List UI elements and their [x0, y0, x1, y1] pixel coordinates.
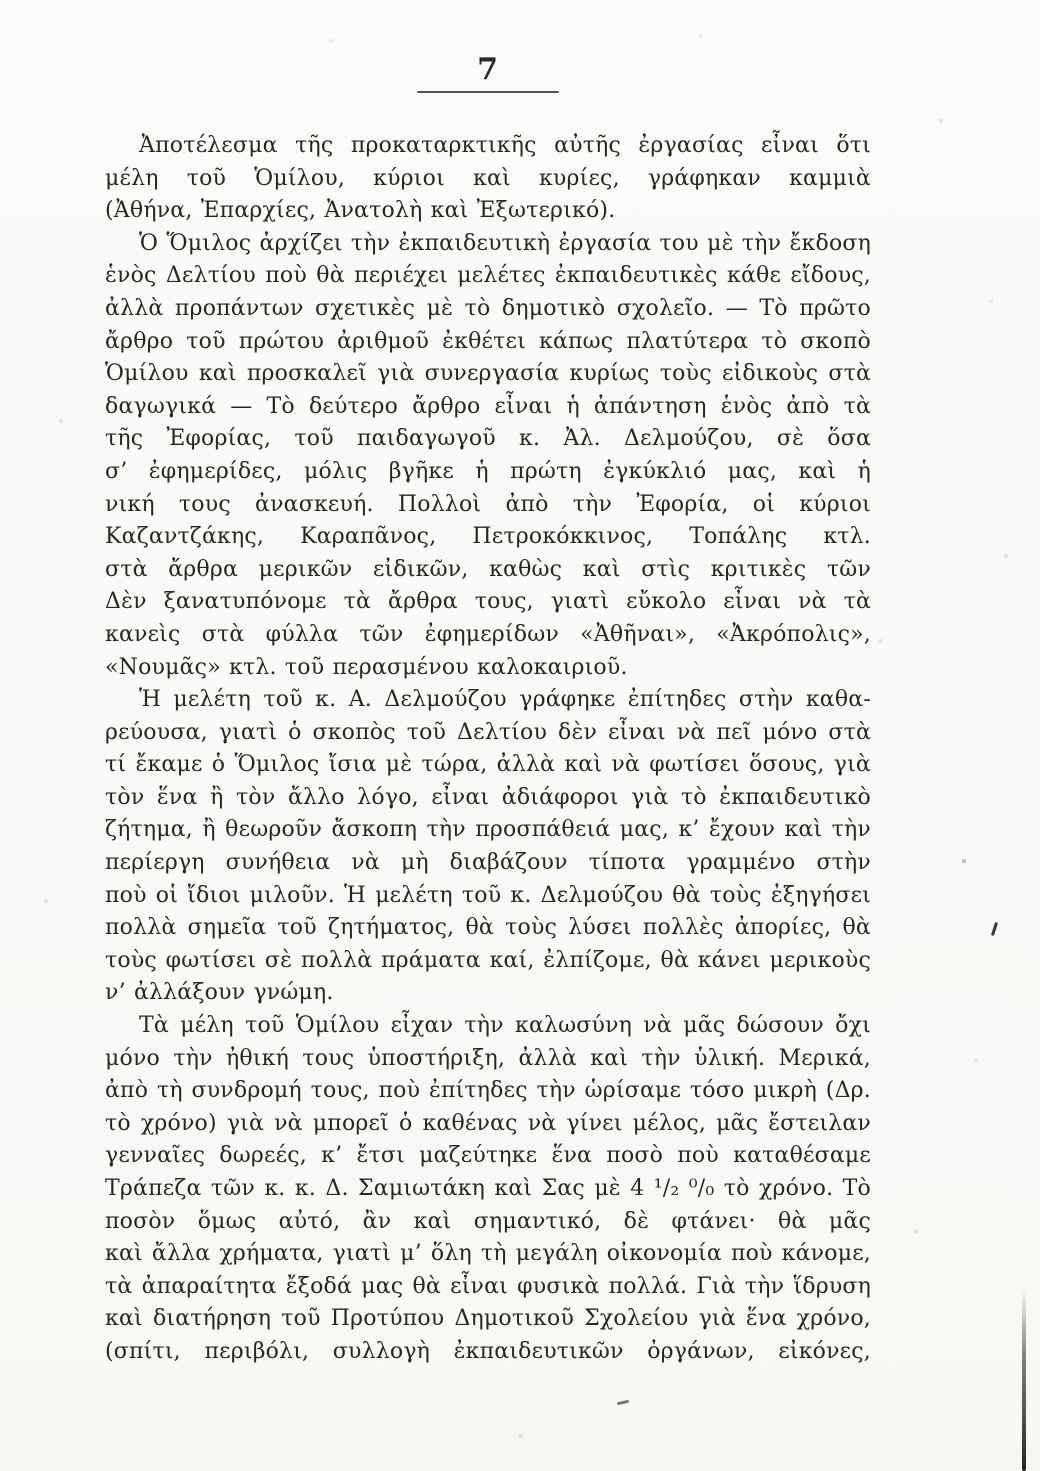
text-line: (Ἀθήνα, Ἐπαρχίες, Ἀνατολὴ καὶ Ἐξωτερικό)…: [105, 195, 871, 228]
text-line: τὰ ἀπαραίτητα ἔξοδά μας θὰ εἶναι φυσικὰ …: [105, 1271, 871, 1304]
text-line: ποσὸν ὅμως αὐτό, ἂν καὶ σημαντικό, δὲ φτ…: [105, 1206, 871, 1239]
text-line: ρεύουσα, γιατὶ ὁ σκοπὸς τοῦ Δελτίου δὲν …: [105, 717, 871, 750]
text-line: τῆς Ἐφορίας, τοῦ παιδαγωγοῦ κ. Ἀλ. Δελμο…: [105, 423, 871, 456]
text-line: τὸν ἕνα ἢ τὸν ἄλλο λόγο, εἶναι ἀδιάφοροι…: [105, 782, 871, 815]
page-number: 7: [105, 52, 871, 87]
text-line: τοὺς φωτίσει σὲ πολλὰ πράματα καί, ἐλπίζ…: [105, 945, 871, 978]
text-line: ἀπὸ τὴ συνδρομή τους, ποὺ ἐπίτηδες τὴν ὡ…: [105, 1075, 871, 1108]
text-line: μόνο τὴν ἠθική τους ὑποστήριξη, ἀλλὰ καὶ…: [105, 1043, 871, 1076]
text-line: Ἀποτέλεσμα τῆς προκαταρκτικῆς αὐτῆς ἐργα…: [105, 130, 871, 163]
paragraph: Ὁ Ὅμιλος ἀρχίζει τὴν ἐκπαιδευτικὴ ἐργασί…: [105, 228, 871, 684]
text-line: κανεὶς στὰ φύλλα τῶν ἐφημερίδων «Ἀθῆναι»…: [105, 619, 871, 652]
text-line: Δὲν ξανατυπόνομε τὰ ἄρθρα τους, γιατὶ εὔ…: [105, 586, 871, 619]
text-line: Τὰ μέλη τοῦ Ὁμίλου εἶχαν τὴν καλωσύνη νὰ…: [105, 1010, 871, 1043]
text-line: καὶ διατήρηση τοῦ Προτύπου Δημοτικοῦ Σχο…: [105, 1303, 871, 1336]
text-line: γενναῖες δωρεές, κ’ ἔτσι μαζεύτηκε ἕνα π…: [105, 1140, 871, 1173]
text-line: καὶ ἄλλα χρήματα, γιατὶ μ’ ὅλη τὴ μεγάλη…: [105, 1238, 871, 1271]
footer-ink-mark: [617, 1400, 629, 1405]
text-line: τί ἔκαμε ὁ Ὅμιλος ἴσια μὲ τώρα, ἀλλὰ καὶ…: [105, 749, 871, 782]
text-line: νική τους ἀνασκευή. Πολλοὶ ἀπὸ τὴν Ἐφορί…: [105, 489, 871, 522]
text-line: σ’ ἐφημερίδες, μόλις βγῆκε ἡ πρώτη ἐγκύκ…: [105, 456, 871, 489]
text-line: Ὁμίλου καὶ προσκαλεῖ γιὰ συνεργασία κυρί…: [105, 358, 871, 391]
text-line: ν’ ἀλλάξουν γνώμη.: [105, 977, 871, 1010]
paragraph: Ἡ μελέτη τοῦ κ. Α. Δελμούζου γράφηκε ἐπί…: [105, 684, 871, 1010]
text-line: περίεργη συνήθεια νὰ μὴ διαβάζουν τίποτα…: [105, 847, 871, 880]
scanned-book-page: 7 Ἀποτέλεσμα τῆς προκαταρκτικῆς αὐτῆς ἐρ…: [0, 0, 1040, 1471]
paragraph: Τὰ μέλη τοῦ Ὁμίλου εἶχαν τὴν καλωσύνη νὰ…: [105, 1010, 871, 1369]
text-line: ἀλλὰ προπάντων σχετικὲς μὲ τὸ δημοτικὸ σ…: [105, 293, 871, 326]
text-line: ποὺ οἱ ἴδιοι μιλοῦν. Ἡ μελέτη τοῦ κ. Δελ…: [105, 880, 871, 913]
text-line: Τράπεζα τῶν κ. κ. Δ. Σαμιωτάκη καὶ Σας μ…: [105, 1173, 871, 1206]
text-line: Ἡ μελέτη τοῦ κ. Α. Δελμούζου γράφηκε ἐπί…: [105, 684, 871, 717]
scan-speckles: [0, 0, 2, 2]
text-line: πολλὰ σημεῖα τοῦ ζητήματος, θὰ τοὺς λύσε…: [105, 912, 871, 945]
margin-ink-mark: [991, 922, 998, 936]
text-line: τὸ χρόνο) γιὰ νὰ μπορεῖ ὁ καθένας νὰ γίν…: [105, 1108, 871, 1141]
text-line: ἄρθρο τοῦ πρώτου ἀριθμοῦ ἐκθέτει κάπως π…: [105, 326, 871, 359]
scan-edge-artifact: [1022, 1290, 1026, 1471]
text-line: ἑνὸς Δελτίου ποὺ θὰ περιέχει μελέτες ἐκπ…: [105, 260, 871, 293]
text-line: (σπίτι, περιβόλι, συλλογὴ ἐκπαιδευτικῶν …: [105, 1336, 871, 1369]
text-line: στὰ ἄρθρα μερικῶν εἰδικῶν, καθὼς καὶ στὶ…: [105, 554, 871, 587]
page-number-rule: [417, 91, 559, 93]
text-line: ζήτημα, ἢ θεωροῦν ἄσκοπη τὴν προσπάθειά …: [105, 814, 871, 847]
text-line: δαγωγικά — Τὸ δεύτερο ἄρθρο εἶναι ἡ ἀπάν…: [105, 391, 871, 424]
text-line: «Νουμᾶς» κτλ. τοῦ περασμένου καλοκαιριοῦ…: [105, 652, 871, 685]
page-header: 7: [105, 52, 871, 93]
text-line: Καζαντζάκης, Καραπᾶνος, Πετροκόκκινος, Τ…: [105, 521, 871, 554]
text-line: μέλη τοῦ Ὁμίλου, κύριοι καὶ κυρίες, γράφ…: [105, 163, 871, 196]
paragraph: Ἀποτέλεσμα τῆς προκαταρκτικῆς αὐτῆς ἐργα…: [105, 130, 871, 228]
text-line: Ὁ Ὅμιλος ἀρχίζει τὴν ἐκπαιδευτικὴ ἐργασί…: [105, 228, 871, 261]
page-body: Ἀποτέλεσμα τῆς προκαταρκτικῆς αὐτῆς ἐργα…: [105, 130, 871, 1369]
